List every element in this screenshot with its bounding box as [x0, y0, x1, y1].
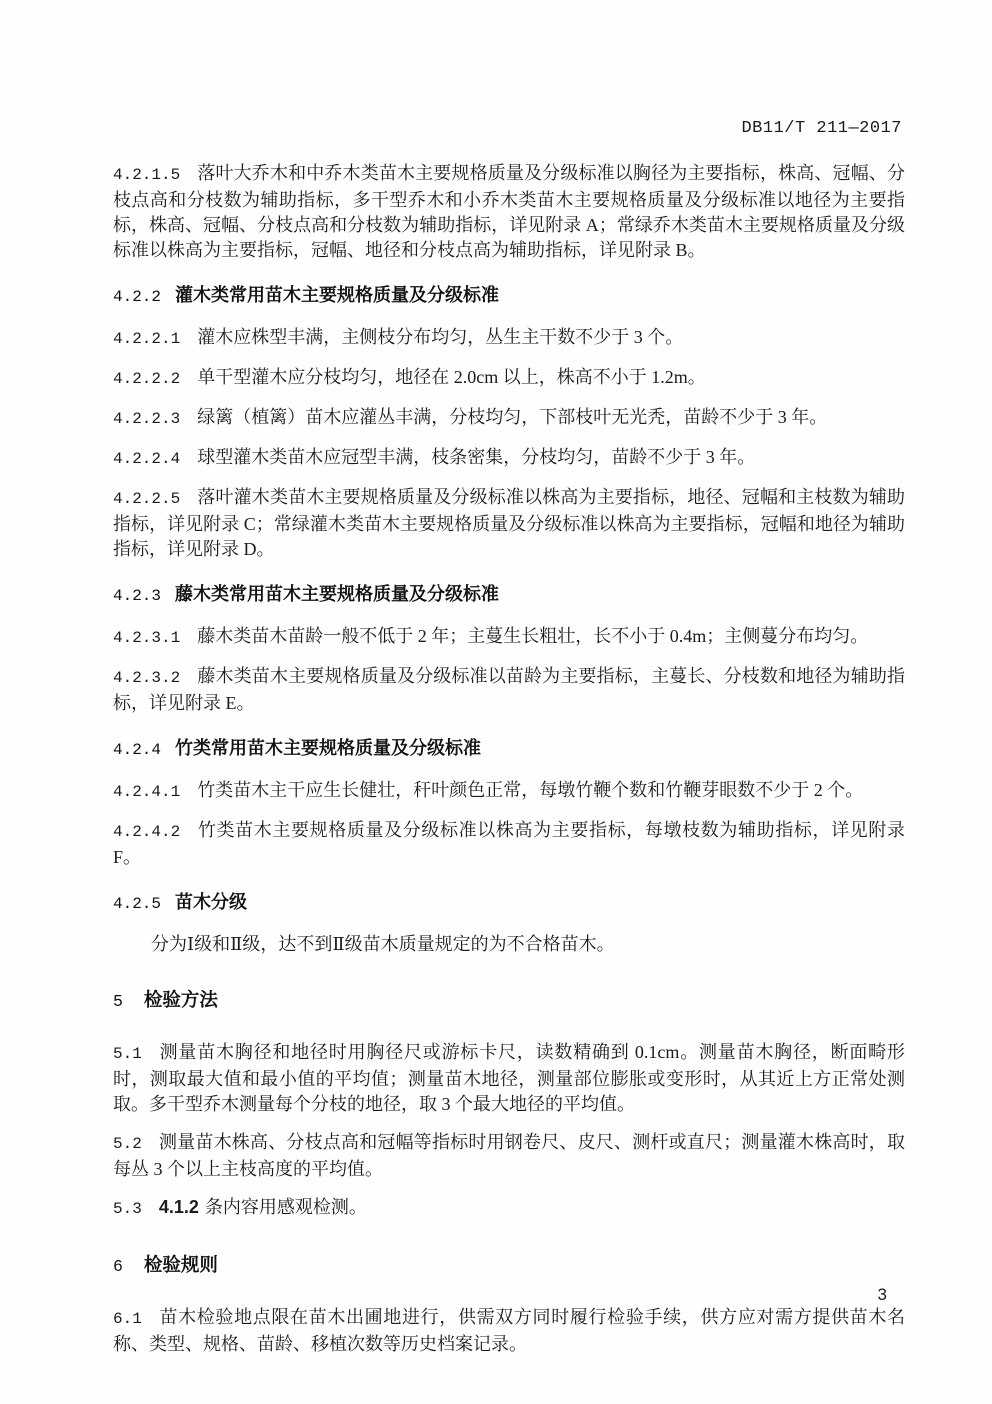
- heading-6: 6检验规则: [113, 1252, 905, 1279]
- page-number: 3: [878, 1285, 887, 1305]
- heading-number: 4.2.4: [113, 741, 161, 759]
- clause-text: 竹类苗木主干应生长健壮，秆叶颜色正常，每墩竹鞭个数和竹鞭芽眼数不少于 2 个。: [197, 780, 863, 800]
- heading-title: 苗木分级: [175, 892, 247, 912]
- clause-text: 绿篱（植篱）苗木应灌丛丰满，分枝均匀，下部枝叶无光秃，苗龄不少于 3 年。: [197, 407, 827, 427]
- document-body: 4.2.1.5落叶大乔木和中乔木类苗木主要规格质量及分级标准以胸径为主要指标，株…: [113, 161, 905, 1370]
- clause-number: 4.2.3.2: [113, 669, 180, 687]
- clause-text: 灌木应株型丰满，主侧枝分布均匀，丛生主干数不少于 3 个。: [197, 327, 683, 347]
- clause-5-2: 5.2测量苗木株高、分枝点高和冠幅等指标时用钢卷尺、皮尺、测杆或直尺；测量灌木株…: [113, 1130, 905, 1182]
- clause-4-2-2-1: 4.2.2.1灌木应株型丰满，主侧枝分布均匀，丛生主干数不少于 3 个。: [113, 325, 905, 352]
- clause-number: 5.3: [113, 1200, 142, 1218]
- heading-4-2-5: 4.2.5苗木分级: [113, 890, 905, 917]
- heading-number: 6: [113, 1257, 123, 1276]
- clause-number: 4.2.3.1: [113, 629, 180, 647]
- clause-4-2-2-2: 4.2.2.2单干型灌木应分枝均匀，地径在 2.0cm 以上，株高不小于 1.2…: [113, 365, 905, 392]
- clause-number: 4.2.2.1: [113, 330, 180, 348]
- clause-4-2-4-1: 4.2.4.1竹类苗木主干应生长健壮，秆叶颜色正常，每墩竹鞭个数和竹鞭芽眼数不少…: [113, 778, 905, 805]
- clause-text: 测量苗木胸径和地径时用胸径尺或游标卡尺，读数精确到 0.1cm。测量苗木胸径，断…: [113, 1042, 905, 1114]
- clause-text: 落叶灌木类苗木主要规格质量及分级标准以株高为主要指标，地径、冠幅和主枝数为辅助指…: [113, 487, 905, 559]
- clause-4-2-5-body: 分为Ⅰ级和Ⅱ级，达不到Ⅱ级苗木质量规定的为不合格苗木。: [113, 932, 905, 957]
- clause-4-2-1-5: 4.2.1.5落叶大乔木和中乔木类苗木主要规格质量及分级标准以胸径为主要指标，株…: [113, 161, 905, 263]
- heading-title: 检验规则: [144, 1254, 218, 1275]
- clause-text: 球型灌木类苗木应冠型丰满，枝条密集，分枝均匀，苗龄不少于 3 年。: [197, 447, 755, 467]
- clause-number: 4.2.2.3: [113, 410, 180, 428]
- heading-5: 5检验方法: [113, 987, 905, 1014]
- heading-title: 检验方法: [144, 989, 218, 1010]
- clause-number: 4.2.2.5: [113, 490, 180, 508]
- clause-text: 落叶大乔木和中乔木类苗木主要规格质量及分级标准以胸径为主要指标，株高、冠幅、分枝…: [113, 163, 905, 260]
- clause-text: 单干型灌木应分枝均匀，地径在 2.0cm 以上，株高不小于 1.2m。: [197, 367, 706, 387]
- heading-title: 竹类常用苗木主要规格质量及分级标准: [175, 738, 481, 758]
- clause-text: 测量苗木株高、分枝点高和冠幅等指标时用钢卷尺、皮尺、测杆或直尺；测量灌木株高时，…: [113, 1132, 905, 1179]
- clause-text: 竹类苗木主要规格质量及分级标准以株高为主要指标，每墩枝数为辅助指标，详见附录 F…: [113, 820, 905, 867]
- heading-number: 4.2.5: [113, 895, 161, 913]
- clause-5-3: 5.34.1.2条内容用感观检测。: [113, 1195, 905, 1222]
- clause-number: 4.2.2.2: [113, 370, 180, 388]
- clause-4-2-2-5: 4.2.2.5落叶灌木类苗木主要规格质量及分级标准以株高为主要指标，地径、冠幅和…: [113, 485, 905, 562]
- clause-number: 6.1: [113, 1310, 142, 1328]
- clause-4-2-4-2: 4.2.4.2竹类苗木主要规格质量及分级标准以株高为主要指标，每墩枝数为辅助指标…: [113, 818, 905, 870]
- clause-number: 4.2.1.5: [113, 166, 180, 184]
- clause-number: 5.2: [113, 1135, 142, 1153]
- heading-4-2-3: 4.2.3藤木类常用苗木主要规格质量及分级标准: [113, 582, 905, 609]
- heading-4-2-2: 4.2.2灌木类常用苗木主要规格质量及分级标准: [113, 283, 905, 310]
- clause-4-2-2-4: 4.2.2.4球型灌木类苗木应冠型丰满，枝条密集，分枝均匀，苗龄不少于 3 年。: [113, 445, 905, 472]
- clause-5-1: 5.1测量苗木胸径和地径时用胸径尺或游标卡尺，读数精确到 0.1cm。测量苗木胸…: [113, 1040, 905, 1117]
- clause-number: 5.1: [113, 1045, 142, 1063]
- clause-text: 分为Ⅰ级和Ⅱ级，达不到Ⅱ级苗木质量规定的为不合格苗木。: [151, 934, 615, 954]
- clause-text: 苗木检验地点限在苗木出圃地进行，供需双方同时履行检验手续，供方应对需方提供苗木名…: [113, 1307, 905, 1354]
- clause-6-1: 6.1苗木检验地点限在苗木出圃地进行，供需双方同时履行检验手续，供方应对需方提供…: [113, 1305, 905, 1357]
- clause-number: 4.2.4.1: [113, 783, 180, 801]
- document-page: DB11/T 211—2017 4.2.1.5落叶大乔木和中乔木类苗木主要规格质…: [0, 0, 992, 1404]
- heading-title: 藤木类常用苗木主要规格质量及分级标准: [175, 584, 499, 604]
- heading-title: 灌木类常用苗木主要规格质量及分级标准: [175, 285, 499, 305]
- clause-text: 条内容用感观检测。: [205, 1197, 367, 1217]
- clause-text: 藤木类苗木苗龄一般不低于 2 年；主蔓生长粗壮，长不小于 0.4m；主侧蔓分布均…: [197, 626, 868, 646]
- standard-code-header: DB11/T 211—2017: [0, 119, 902, 138]
- clause-number: 4.2.2.4: [113, 450, 180, 468]
- clause-4-2-3-1: 4.2.3.1藤木类苗木苗龄一般不低于 2 年；主蔓生长粗壮，长不小于 0.4m…: [113, 624, 905, 651]
- heading-number: 4.2.3: [113, 587, 161, 605]
- clause-4-2-2-3: 4.2.2.3绿篱（植篱）苗木应灌丛丰满，分枝均匀，下部枝叶无光秃，苗龄不少于 …: [113, 405, 905, 432]
- heading-4-2-4: 4.2.4竹类常用苗木主要规格质量及分级标准: [113, 736, 905, 763]
- clause-number: 4.2.4.2: [113, 823, 180, 841]
- heading-number: 4.2.2: [113, 288, 161, 306]
- clause-4-2-3-2: 4.2.3.2藤木类苗木主要规格质量及分级标准以苗龄为主要指标，主蔓长、分枝数和…: [113, 664, 905, 716]
- standard-code: DB11/T 211—2017: [741, 119, 902, 138]
- clause-reference: 4.1.2: [159, 1197, 199, 1217]
- clause-text: 藤木类苗木主要规格质量及分级标准以苗龄为主要指标，主蔓长、分枝数和地径为辅助指标…: [113, 666, 905, 713]
- heading-number: 5: [113, 992, 123, 1011]
